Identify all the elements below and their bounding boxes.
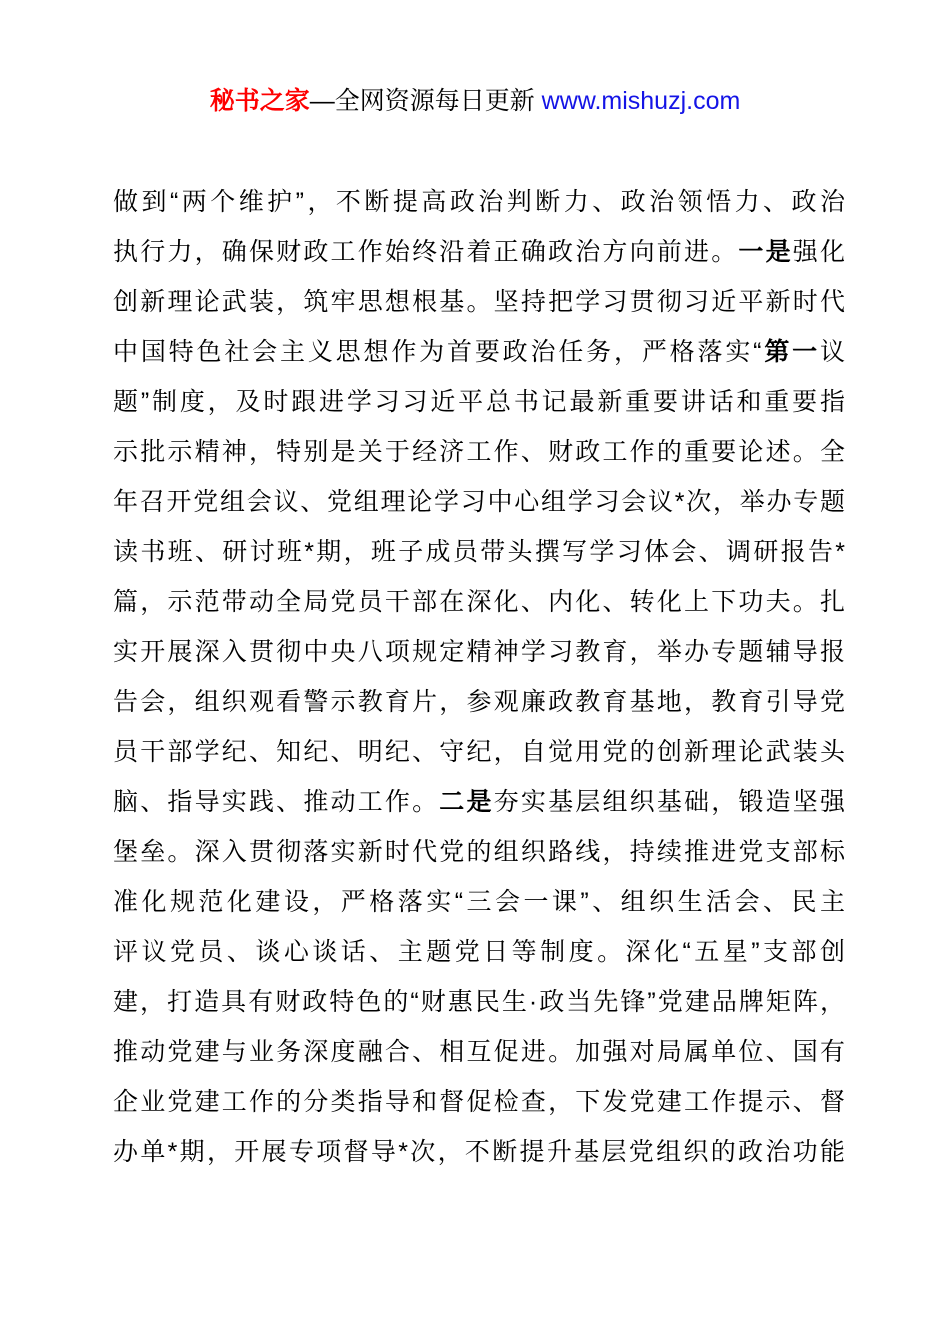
text-segment: 建，打造具有财政特色的“财惠民生·政当先锋”党建品牌矩阵， — [113, 988, 845, 1016]
document-page: 秘书之家—全网资源每日更新 www.mishuzj.com 做到“两个维护”，不… — [0, 0, 950, 1344]
bold-text-segment: 一是 — [738, 238, 792, 266]
text-line: 评议党员、谈心谈话、主题党日等制度。深化“五星”支部创 — [113, 927, 845, 977]
site-name: 秘书之家 — [210, 87, 310, 115]
text-line: 告会，组织观看警示教育片，参观廉政教育基地，教育引导党 — [113, 677, 845, 727]
text-segment: 题”制度，及时跟进学习习近平总书记最新重要讲话和重要指 — [113, 388, 845, 416]
document-body: 做到“两个维护”，不断提高政治判断力、政治领悟力、政治执行力，确保财政工作始终沿… — [113, 177, 845, 1177]
text-segment: 做到“两个维护”，不断提高政治判断力、政治领悟力、政治 — [113, 188, 845, 216]
text-segment: 创新理论武装，筑牢思想根基。坚持把学习贯彻习近平新时代 — [113, 288, 845, 316]
text-segment: 强化 — [793, 238, 845, 266]
text-segment: 执行力，确保财政工作始终沿着正确政治方向前进。 — [113, 238, 738, 266]
text-line: 准化规范化建设，严格落实“三会一课”、组织生活会、民主 — [113, 877, 845, 927]
text-segment: 示批示精神，特别是关于经济工作、财政工作的重要论述。全 — [113, 438, 845, 466]
text-line: 中国特色社会主义思想作为首要政治任务，严格落实“第一议 — [113, 327, 845, 377]
bold-text-segment: 二是 — [439, 788, 493, 816]
text-line: 堡垒。深入贯彻落实新时代党的组织路线，持续推进党支部标 — [113, 827, 845, 877]
text-segment: 读书班、研讨班*期，班子成员带头撰写学习体会、调研报告* — [113, 538, 845, 566]
text-line: 企业党建工作的分类指导和督促检查，下发党建工作提示、督 — [113, 1077, 845, 1127]
text-segment: 中国特色社会主义思想作为首要政治任务，严格落实“ — [113, 338, 761, 366]
text-segment: 评议党员、谈心谈话、主题党日等制度。深化“五星”支部创 — [113, 938, 845, 966]
site-url-link[interactable]: www.mishuzj.com — [542, 87, 741, 115]
text-segment: 企业党建工作的分类指导和督促检查，下发党建工作提示、督 — [113, 1088, 845, 1116]
text-line: 执行力，确保财政工作始终沿着正确政治方向前进。一是强化 — [113, 227, 845, 277]
text-line: 实开展深入贯彻中央八项规定精神学习教育，举办专题辅导报 — [113, 627, 845, 677]
text-line: 示批示精神，特别是关于经济工作、财政工作的重要论述。全 — [113, 427, 845, 477]
text-segment: 年召开党组会议、党组理论学习中心组学习会议*次，举办专题 — [113, 488, 845, 516]
text-line: 篇，示范带动全局党员干部在深化、内化、转化上下功夫。扎 — [113, 577, 845, 627]
text-segment: 脑、指导实践、推动工作。 — [113, 788, 439, 816]
header-tagline: 全网资源每日更新 — [335, 87, 542, 115]
text-line: 读书班、研讨班*期，班子成员带头撰写学习体会、调研报告* — [113, 527, 845, 577]
text-segment: 办单*期，开展专项督导*次，不断提升基层党组织的政治功能 — [113, 1138, 845, 1166]
text-line: 脑、指导实践、推动工作。二是夯实基层组织基础，锻造坚强 — [113, 777, 845, 827]
text-line: 推动党建与业务深度融合、相互促进。加强对局属单位、国有 — [113, 1027, 845, 1077]
text-segment: 夯实基层组织基础，锻造坚强 — [494, 788, 845, 816]
text-line: 做到“两个维护”，不断提高政治判断力、政治领悟力、政治 — [113, 177, 845, 227]
text-line: 年召开党组会议、党组理论学习中心组学习会议*次，举办专题 — [113, 477, 845, 527]
text-segment: 议 — [820, 338, 845, 366]
text-segment: 推动党建与业务深度融合、相互促进。加强对局属单位、国有 — [113, 1038, 845, 1066]
text-segment: 篇，示范带动全局党员干部在深化、内化、转化上下功夫。扎 — [113, 588, 845, 616]
text-segment: 准化规范化建设，严格落实“三会一课”、组织生活会、民主 — [113, 888, 845, 916]
text-segment: 堡垒。深入贯彻落实新时代党的组织路线，持续推进党支部标 — [113, 838, 845, 866]
text-line: 题”制度，及时跟进学习习近平总书记最新重要讲话和重要指 — [113, 377, 845, 427]
text-segment: 实开展深入贯彻中央八项规定精神学习教育，举办专题辅导报 — [113, 638, 845, 666]
text-segment: 员干部学纪、知纪、明纪、守纪，自觉用党的创新理论武装头 — [113, 738, 845, 766]
text-line: 员干部学纪、知纪、明纪、守纪，自觉用党的创新理论武装头 — [113, 727, 845, 777]
text-line: 办单*期，开展专项督导*次，不断提升基层党组织的政治功能 — [113, 1127, 845, 1177]
bold-text-segment: 第一 — [761, 338, 820, 366]
text-segment: 告会，组织观看警示教育片，参观廉政教育基地，教育引导党 — [113, 688, 845, 716]
text-line: 建，打造具有财政特色的“财惠民生·政当先锋”党建品牌矩阵， — [113, 977, 845, 1027]
text-line: 创新理论武装，筑牢思想根基。坚持把学习贯彻习近平新时代 — [113, 277, 845, 327]
header-separator: — — [310, 87, 335, 115]
page-header: 秘书之家—全网资源每日更新 www.mishuzj.com — [0, 84, 950, 118]
